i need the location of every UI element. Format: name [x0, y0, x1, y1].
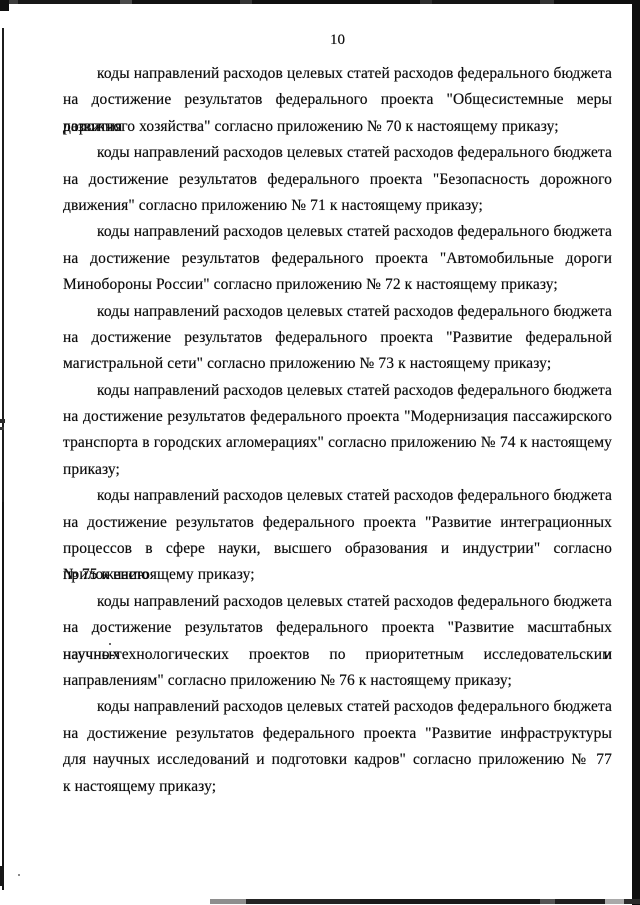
text-line: на достижение результатов федерального п… — [63, 404, 612, 430]
paragraph: коды направлений расходов целевых статей… — [63, 694, 612, 800]
text-line: приказу; — [63, 457, 612, 483]
paragraph: коды направлений расходов целевых статей… — [63, 140, 612, 219]
document-body: коды направлений расходов целевых статей… — [63, 61, 612, 800]
paragraph: коды направлений расходов целевых статей… — [63, 61, 612, 140]
text-line: движения" согласно приложению № 71 к нас… — [63, 193, 612, 219]
text-line: Минобороны России" согласно приложению №… — [63, 272, 612, 298]
scan-corner-top-left — [0, 0, 9, 11]
text-line: коды направлений расходов целевых статей… — [63, 378, 612, 404]
text-line: на достижение результатов федерального п… — [63, 246, 612, 272]
scan-mark-left — [0, 866, 4, 886]
text-line: коды направлений расходов целевых статей… — [63, 299, 612, 325]
scan-mark-left — [0, 427, 4, 430]
paragraph: коды направлений расходов целевых статей… — [63, 219, 612, 298]
text-line: магистральной сети" согласно приложению … — [63, 351, 612, 377]
paragraph: коды направлений расходов целевых статей… — [63, 378, 612, 484]
scan-speck — [18, 874, 20, 876]
text-line: к настоящему приказу; — [63, 774, 612, 800]
text-line: на достижение результатов федерального п… — [63, 721, 612, 747]
text-line: направлениям" согласно приложению № 76 к… — [63, 668, 612, 694]
scan-mark-left — [0, 419, 5, 423]
document-page: 10 коды направлений расходов целевых ста… — [0, 0, 640, 905]
text-line: коды направлений расходов целевых статей… — [63, 483, 612, 509]
text-line: коды направлений расходов целевых статей… — [63, 694, 612, 720]
text-line: процессов в сфере науки, высшего образов… — [63, 536, 612, 562]
text-line: коды направлений расходов целевых статей… — [63, 219, 612, 245]
paragraph: коды направлений расходов целевых статей… — [63, 299, 612, 378]
text-line: для научных исследований и подготовки ка… — [63, 747, 612, 773]
text-line: № 75 к настоящему приказу; — [63, 562, 612, 588]
text-line: коды направлений расходов целевых статей… — [63, 589, 612, 615]
scan-edge-bottom — [210, 899, 640, 904]
scan-edge-top — [0, 0, 640, 4]
text-line: научно-технологических проектов по приор… — [63, 642, 612, 668]
page-number: 10 — [63, 0, 612, 49]
text-line: дорожного хозяйства" согласно приложению… — [63, 114, 612, 140]
paragraph: коды направлений расходов целевых статей… — [63, 483, 612, 589]
text-line: на достижение результатов федерального п… — [63, 615, 612, 641]
scan-speck — [109, 643, 111, 645]
text-line: транспорта в городских агломерациях" сог… — [63, 430, 612, 456]
scan-edge-right — [632, 0, 640, 905]
text-line: коды направлений расходов целевых статей… — [63, 140, 612, 166]
text-line: коды направлений расходов целевых статей… — [63, 61, 612, 87]
paragraph: коды направлений расходов целевых статей… — [63, 589, 612, 695]
text-line: на достижение результатов федерального п… — [63, 87, 612, 113]
text-line: на достижение результатов федерального п… — [63, 167, 612, 193]
text-line: на достижение результатов федерального п… — [63, 325, 612, 351]
scan-edge-left — [2, 28, 4, 890]
text-line: на достижение результатов федерального п… — [63, 510, 612, 536]
